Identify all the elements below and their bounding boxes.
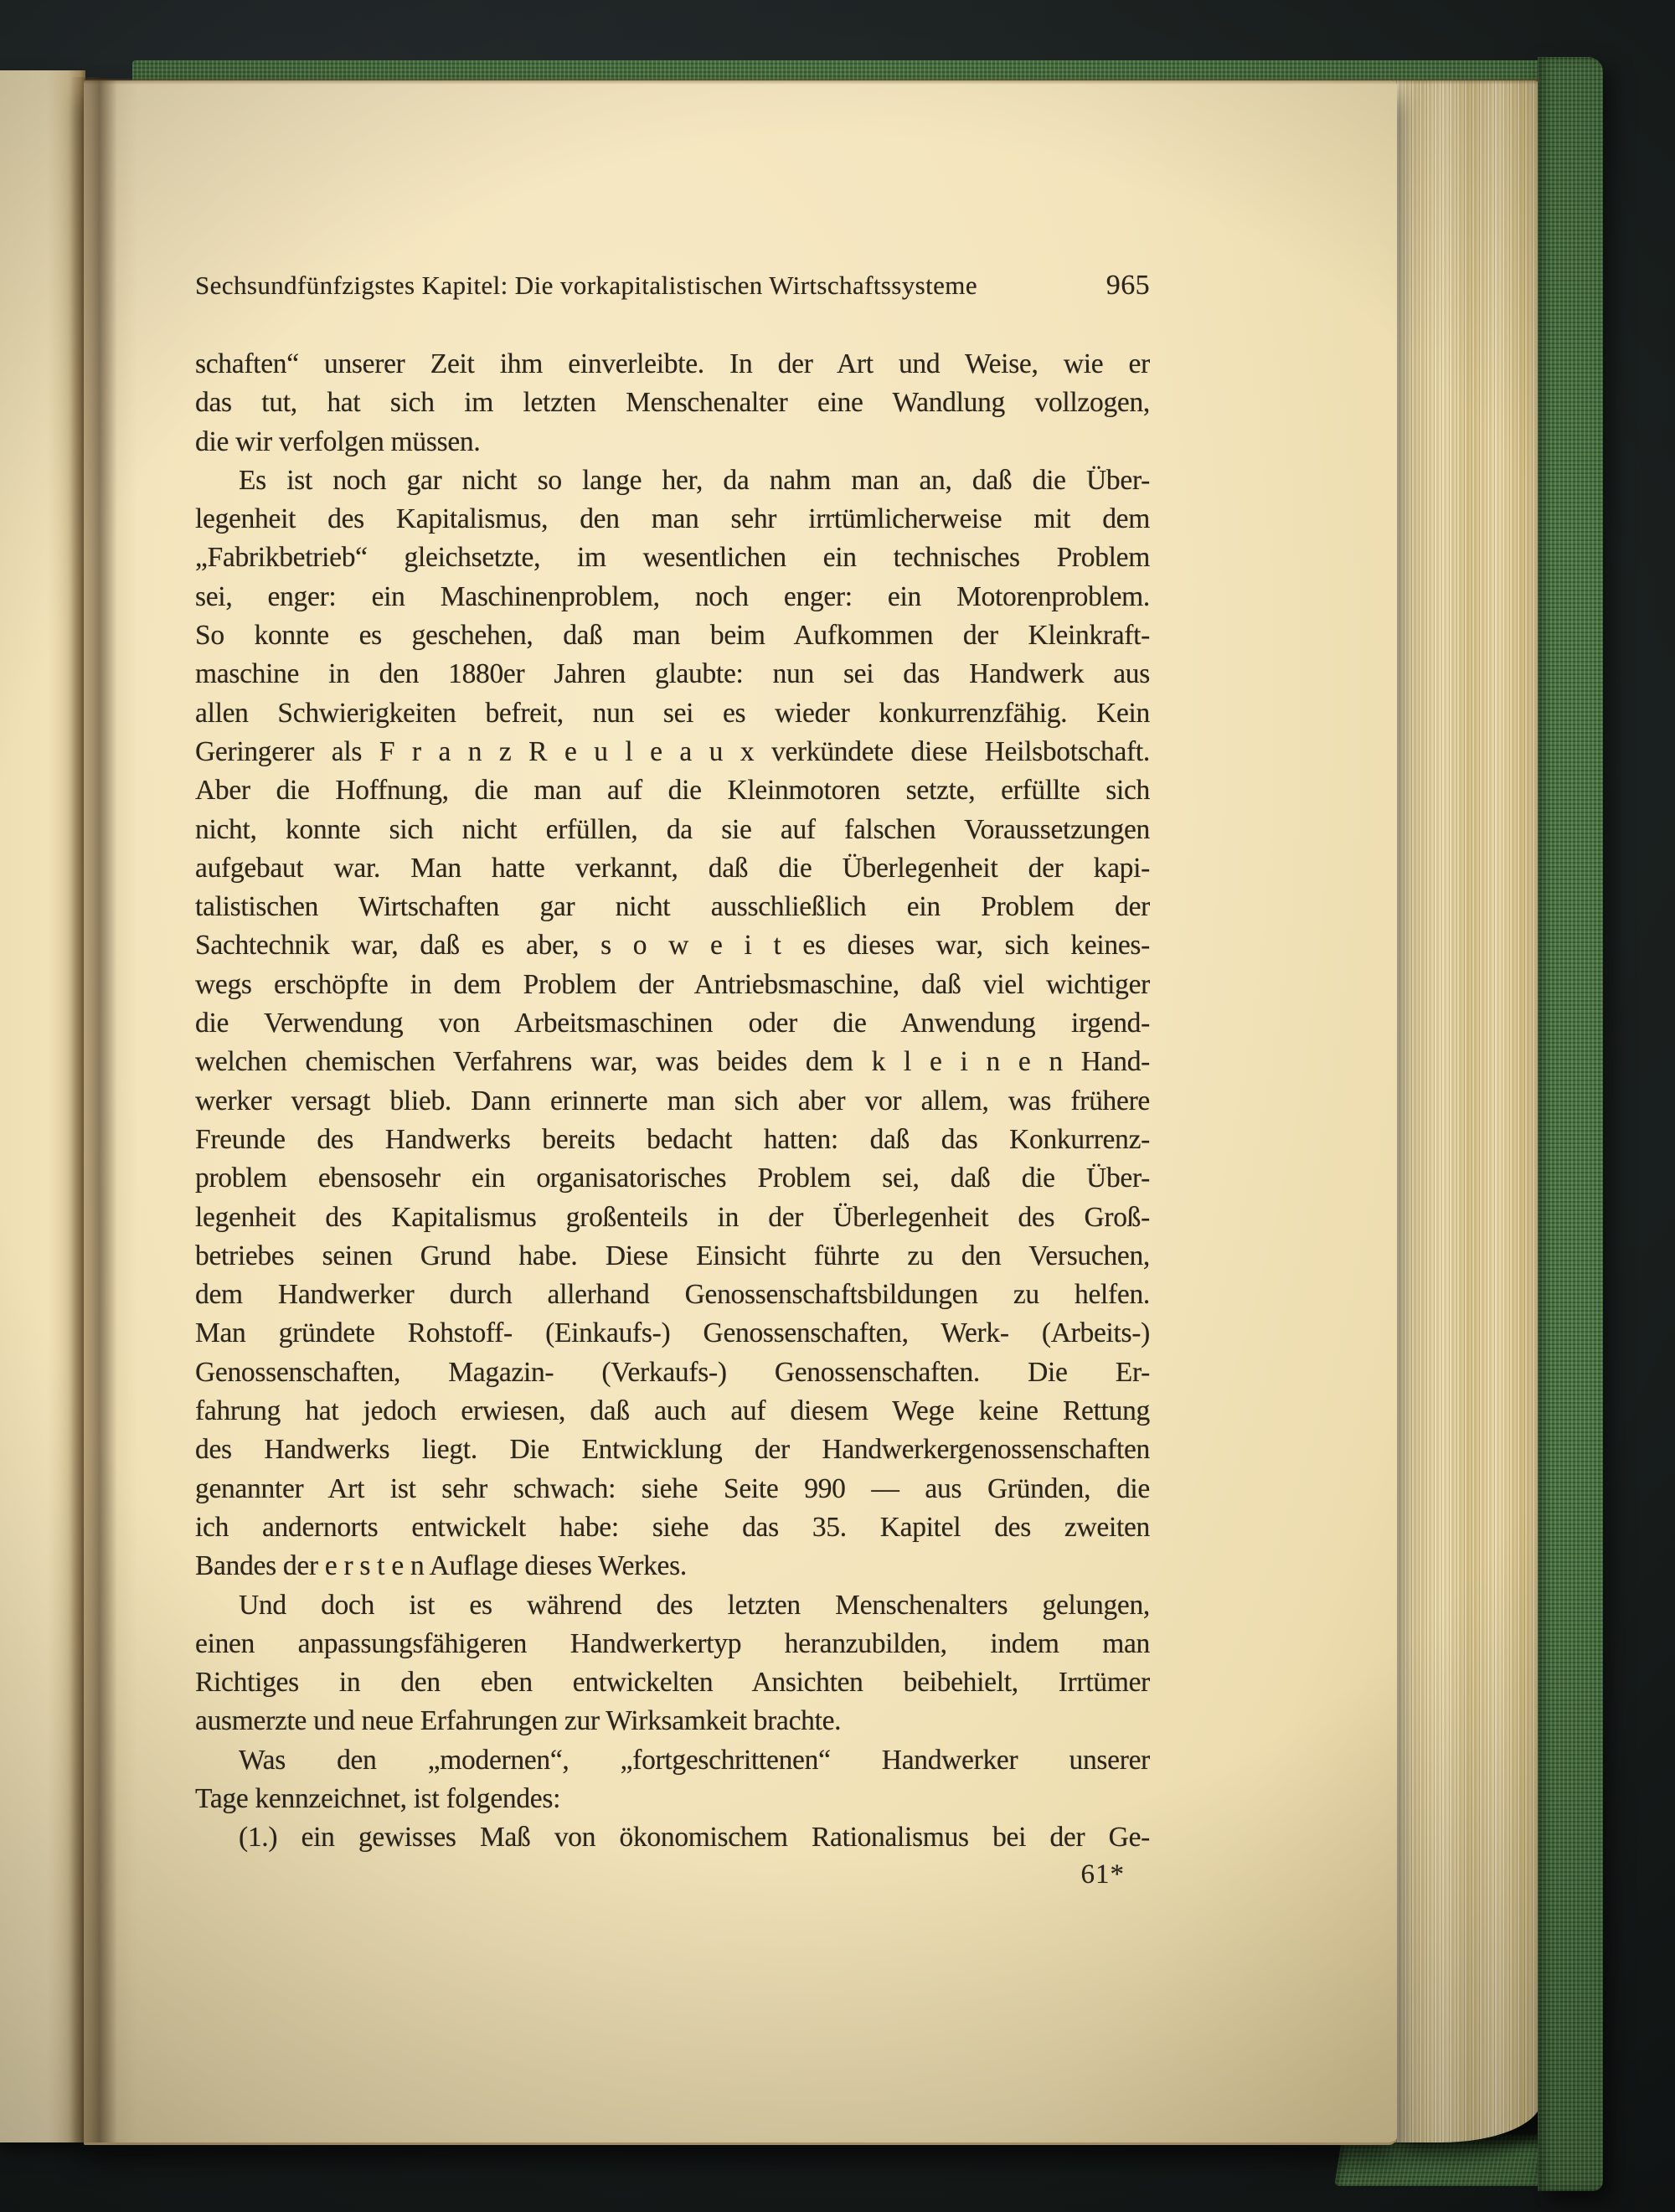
text-line: nicht, konnte sich nicht erfüllen, da si… <box>195 811 1150 849</box>
text-line: sei, enger: ein Maschinenproblem, noch e… <box>195 578 1150 616</box>
text-line: Bandes der e r s t e n Auflage dieses We… <box>195 1547 1150 1586</box>
text-line: die wir verfolgen müssen. <box>195 423 1150 461</box>
text-line: problem ebensosehr ein organisatorisches… <box>195 1159 1150 1198</box>
book-page: Sechsundfünfzigstes Kapitel: Die vorkapi… <box>84 80 1397 2145</box>
text-line: Man gründete Rohstoff- (Einkaufs-) Genos… <box>195 1314 1150 1353</box>
text-line: das tut, hat sich im letzten Menschenalt… <box>195 384 1150 422</box>
text-line: aufgebaut war. Man hatte verkannt, daß d… <box>195 849 1150 888</box>
text-line: So konnte es geschehen, daß man beim Auf… <box>195 616 1150 655</box>
text-line: einen anpassungsfähigeren Handwerkertyp … <box>195 1625 1150 1663</box>
text-line: talistischen Wirtschaften gar nicht auss… <box>195 888 1150 926</box>
text-line: Genossenschaften, Magazin- (Verkaufs-) G… <box>195 1353 1150 1392</box>
text-line: Was den „modernen“, „fortgeschrittenen“ … <box>195 1741 1150 1780</box>
text-line: Freunde des Handwerks bereits bedacht ha… <box>195 1121 1150 1159</box>
page-top-edge-shadow <box>84 79 1541 85</box>
text-line: werker versagt blieb. Dann erinnerte man… <box>195 1082 1150 1121</box>
text-line: legenheit des Kapitalismus großenteils i… <box>195 1199 1150 1237</box>
text-line: genannter Art ist sehr schwach: siehe Se… <box>195 1470 1150 1508</box>
text-line: schaften“ unserer Zeit ihm einverleibte.… <box>195 345 1150 384</box>
text-line: Richtiges in den eben entwickelten Ansic… <box>195 1663 1150 1702</box>
text-line: die Verwendung von Arbeitsmaschinen oder… <box>195 1004 1150 1043</box>
page-fore-edge-stack <box>1394 80 1541 2142</box>
text-line: (1.) ein gewisses Maß von ökonomischem R… <box>195 1818 1150 1857</box>
book-cover-right-edge <box>1538 57 1603 2191</box>
text-line: Geringerer als F r a n z R e u l e a u x… <box>195 733 1150 771</box>
running-head: Sechsundfünfzigstes Kapitel: Die vorkapi… <box>195 270 1150 302</box>
text-line: wegs erschöpfte in dem Problem der Antri… <box>195 966 1150 1004</box>
text-line: allen Schwierigkeiten befreit, nun sei e… <box>195 694 1150 733</box>
text-line: dem Handwerker durch allerhand Genossens… <box>195 1276 1150 1314</box>
text-line: fahrung hat jedoch erwiesen, daß auch au… <box>195 1392 1150 1431</box>
running-head-title: Sechsundfünfzigstes Kapitel: Die vorkapi… <box>195 271 977 301</box>
text-line: Tage kennzeichnet, ist folgendes: <box>195 1780 1150 1818</box>
page-text: schaften“ unserer Zeit ihm einverleibte.… <box>195 345 1150 1858</box>
text-line: ich andernorts entwickelt habe: siehe da… <box>195 1508 1150 1547</box>
text-line: Und doch ist es während des letzten Mens… <box>195 1586 1150 1625</box>
text-line: maschine in den 1880er Jahren glaubte: n… <box>195 655 1150 694</box>
text-line: „Fabrikbetrieb“ gleichsetzte, im wesentl… <box>195 539 1150 577</box>
text-line: legenheit des Kapitalismus, den man sehr… <box>195 500 1150 539</box>
signature-mark: 61* <box>195 1859 1150 1890</box>
running-head-page-number: 965 <box>1106 270 1150 302</box>
text-line: des Handwerks liegt. Die Entwicklung der… <box>195 1431 1150 1469</box>
text-line: welchen chemischen Verfahrens war, was b… <box>195 1043 1150 1081</box>
text-line: betriebes seinen Grund habe. Diese Einsi… <box>195 1237 1150 1276</box>
text-line: ausmerzte und neue Erfahrungen zur Wirks… <box>195 1702 1150 1740</box>
gutter-shadow <box>70 77 117 2142</box>
text-line: Aber die Hoffnung, die man auf die Klein… <box>195 771 1150 810</box>
text-line: Es ist noch gar nicht so lange her, da n… <box>195 461 1150 500</box>
text-line: Sachtechnik war, daß es aber, s o w e i … <box>195 926 1150 965</box>
